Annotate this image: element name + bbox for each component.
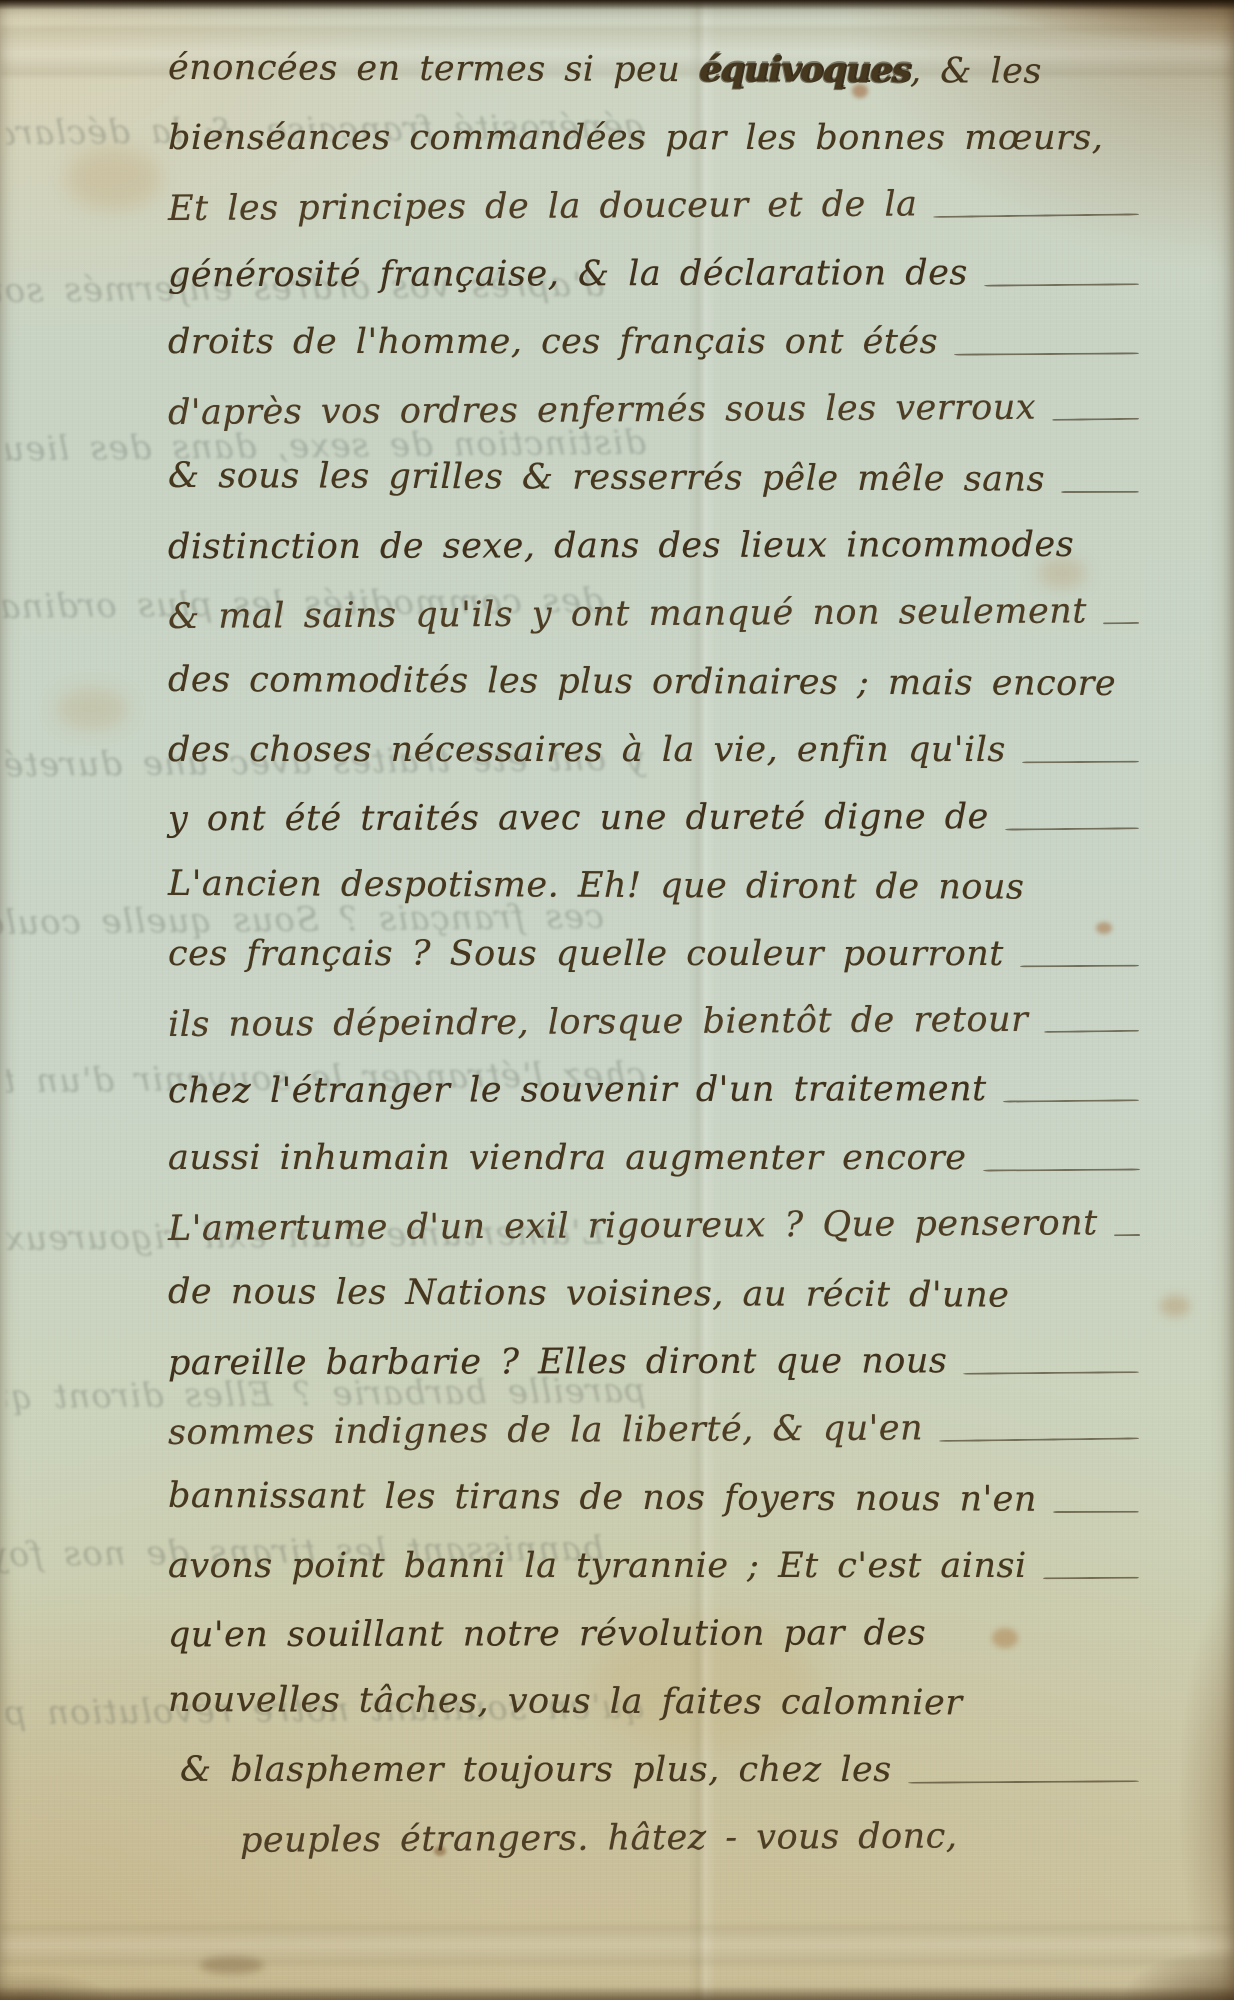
text-line: peuples étrangers. hâtez - vous donc, (240, 1801, 1143, 1875)
text-line-content: ces français ? Sous quelle couleur pourr… (168, 920, 1004, 988)
line-filler-dash (1061, 491, 1139, 493)
line-filler-dash (1020, 965, 1139, 968)
text-line-content: des commodités les plus ordinaires ; mai… (168, 646, 1116, 718)
manuscript-page: générosité française, & la déclaration d… (0, 0, 1234, 2000)
line-filler-dash (1103, 622, 1139, 624)
text-line-content: d'après vos ordres enfermés sous les ver… (168, 374, 1037, 447)
text-line-content: de nous les Nations voisines, au récit d… (168, 1258, 1010, 1330)
text-line: pareille barbarie ? Elles diront que nou… (168, 1327, 1143, 1398)
text-line: Et les principes de la douceur et de la (168, 169, 1143, 243)
line-filler-dash (984, 283, 1139, 286)
text-line-content: ils nous dépeindre, lorsque bientôt de r… (168, 986, 1029, 1059)
text-line-content: générosité française, & la déclaration d… (168, 239, 968, 309)
text-line: droits de l'homme, ces français ont étés (168, 308, 1143, 376)
text-line: chez l'étranger le souvenir d'un traitem… (168, 1055, 1143, 1126)
text-line-content: droits de l'homme, ces français ont étés (168, 308, 938, 376)
text-line-content: L'ancien despotisme. Eh! que diront de n… (168, 850, 1025, 922)
text-line: ces français ? Sous quelle couleur pourr… (168, 920, 1143, 988)
text-line: aussi inhumain viendra augmenter encore (168, 1124, 1143, 1192)
text-line: L'ancien despotisme. Eh! que diront de n… (168, 850, 1143, 922)
text-line-content: chez l'étranger le souvenir d'un traitem… (168, 1055, 987, 1125)
text-line: générosité française, & la déclaration d… (168, 239, 1143, 310)
line-filler-dash (1044, 1030, 1139, 1033)
line-filler-dash (1043, 1577, 1139, 1580)
line-filler-dash (954, 352, 1139, 355)
line-filler-dash (1114, 1234, 1140, 1236)
text-line-content: peuples étrangers. hâtez - vous donc, (240, 1802, 958, 1874)
text-line: énoncées en termes si peu équivoques, & … (168, 34, 1143, 106)
text-line-content: aussi inhumain viendra augmenter encore (168, 1124, 967, 1192)
text-line: & sous les grilles & resserrés pêle mêle… (168, 442, 1143, 514)
text-line-content: & blasphemer toujours plus, chez les (180, 1736, 892, 1804)
text-line-content: distinction de sexe, dans des lieux inco… (168, 511, 1074, 581)
line-filler-dash (939, 1437, 1139, 1442)
text-line-content: avons point banni la tyrannie ; Et c'est… (168, 1532, 1027, 1600)
line-filler-dash (982, 1168, 1139, 1171)
text-line-content: & sous les grilles & resserrés pêle mêle… (168, 442, 1045, 514)
text-line: des commodités les plus ordinaires ; mai… (168, 646, 1143, 718)
text-line-content: bannissant les tirans de nos foyers nous… (168, 1462, 1037, 1534)
text-line-content: des choses nécessaires à la vie, enfin q… (168, 716, 1006, 784)
text-line: distinction de sexe, dans des lieux inco… (168, 511, 1143, 582)
line-filler-dash (963, 1371, 1139, 1375)
line-filler-dash (1005, 827, 1139, 830)
text-line-content: qu'en souillant notre révolution par des (168, 1599, 926, 1669)
line-filler-dash (1022, 761, 1139, 764)
text-line-content: nouvelles tâches, vous la faites calomni… (168, 1666, 963, 1737)
line-filler-dash (1053, 1511, 1139, 1513)
text-line: bannissant les tirans de nos foyers nous… (168, 1462, 1143, 1534)
text-line-content: & mal sains qu'ils y ont manqué non seul… (168, 577, 1087, 651)
text-line: ils nous dépeindre, lorsque bientôt de r… (168, 985, 1143, 1059)
text-line-content: bienséances commandées par les bonnes mœ… (168, 104, 1103, 172)
text-line-content: y ont été traités avec une dureté digne … (168, 783, 989, 853)
text-line: des choses nécessaires à la vie, enfin q… (168, 716, 1143, 784)
line-filler-dash (908, 1780, 1139, 1784)
text-line: bienséances commandées par les bonnes mœ… (168, 104, 1143, 172)
text-line-content: Et les principes de la douceur et de la (168, 170, 918, 243)
line-filler-dash (934, 213, 1140, 218)
overwritten-word: équivoques (699, 49, 910, 91)
line-filler-dash (1052, 418, 1139, 421)
line-filler-dash (1003, 1099, 1139, 1102)
text-line: sommes indignes de la liberté, & qu'en (168, 1393, 1143, 1467)
text-line: qu'en souillant notre révolution par des (168, 1599, 1143, 1670)
text-line: & mal sains qu'ils y ont manqué non seul… (168, 577, 1143, 651)
text-line: y ont été traités avec une dureté digne … (168, 783, 1143, 854)
text-line: d'après vos ordres enfermés sous les ver… (168, 373, 1143, 447)
text-line-content: énoncées en termes si peu équivoques, & … (168, 34, 1042, 106)
text-line: & blasphemer toujours plus, chez les (180, 1736, 1143, 1804)
text-line-content: L'amertume d'un exil rigoureux ? Que pen… (168, 1189, 1098, 1263)
text-line: avons point banni la tyrannie ; Et c'est… (168, 1532, 1143, 1600)
text-line: de nous les Nations voisines, au récit d… (168, 1258, 1143, 1330)
text-line-content: pareille barbarie ? Elles diront que nou… (168, 1327, 948, 1397)
manuscript-text: énoncées en termes si peu équivoques, & … (168, 36, 1143, 1872)
text-line-content: sommes indignes de la liberté, & qu'en (168, 1394, 923, 1467)
text-line: L'amertume d'un exil rigoureux ? Que pen… (168, 1189, 1143, 1263)
text-line: nouvelles tâches, vous la faites calomni… (168, 1666, 1143, 1738)
